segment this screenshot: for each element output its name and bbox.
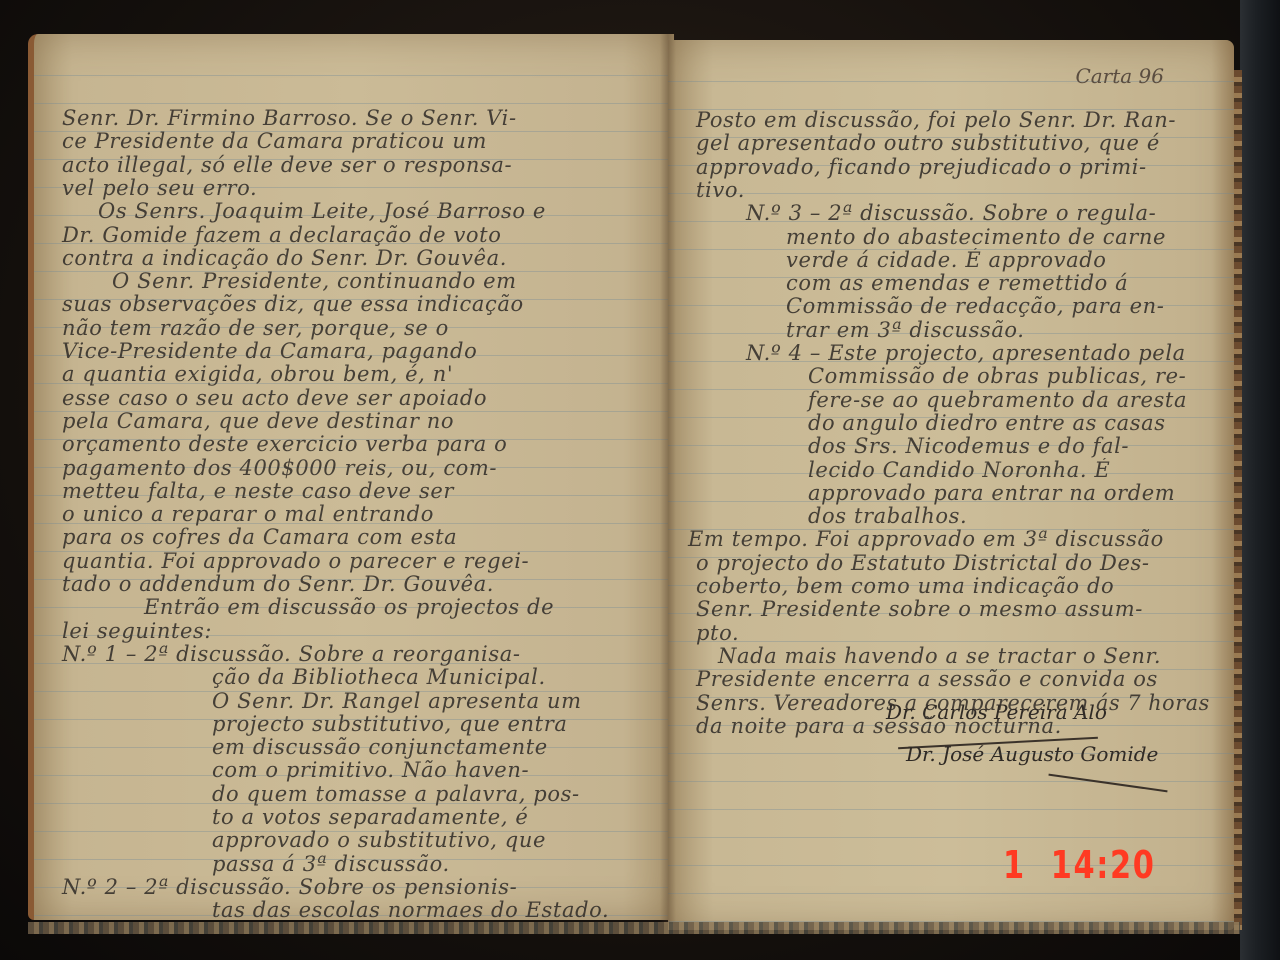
right-page: Carta 96 Posto em discussão, foi pelo Se… [668, 40, 1234, 930]
handwritten-line: approvado para entrar na ordem [808, 481, 1175, 505]
handwritten-line: Dr. Gomide fazem a declaração de voto [62, 223, 501, 247]
handwritten-line: pto. [696, 621, 739, 645]
handwritten-line: passa á 3ª discussão. [212, 852, 450, 876]
handwritten-line: Commissão de obras publicas, re- [808, 364, 1186, 388]
handwritten-line: quantia. Foi approvado o parecer e regei… [62, 549, 529, 573]
handwritten-line: com as emendas e remettido á [786, 271, 1128, 295]
handwritten-line: fere-se ao quebramento da aresta [808, 388, 1187, 412]
handwritten-line: verde á cidade. É approvado [786, 248, 1107, 272]
handwritten-line: O Senr. Presidente, continuando em [112, 269, 517, 293]
handwritten-line: lei seguintes: [62, 619, 212, 643]
handwritten-line: N.º 3 – 2ª discussão. Sobre o regula- [746, 201, 1156, 225]
handwritten-line: Vice-Presidente da Camara, pagando [62, 339, 477, 363]
handwritten-line: approvado, ficando prejudicado o primi- [696, 155, 1147, 179]
handwritten-line: contra a indicação do Senr. Dr. Gouvêa. [62, 246, 507, 270]
handwritten-line: tas das escolas normaes do Estado. [212, 898, 609, 920]
handwritten-line: dos trabalhos. [808, 504, 967, 528]
handwritten-line: coberto, bem como uma indicação do [696, 574, 1114, 598]
handwritten-line: approvado o substitutivo, que [212, 828, 546, 852]
folio-number: Carta 96 [1075, 64, 1164, 88]
handwritten-line: acto illegal, só elle deve ser o respons… [62, 153, 512, 177]
handwritten-line: Senr. Dr. Firmino Barroso. Se o Senr. Vi… [62, 106, 517, 130]
handwritten-line: mento do abastecimento de carne [786, 225, 1166, 249]
handwritten-line: Presidente encerra a sessão e convida os [696, 667, 1158, 691]
handwritten-line: Senr. Presidente sobre o mesmo assum- [696, 597, 1143, 621]
handwritten-line: gel apresentado outro substitutivo, que … [696, 131, 1160, 155]
left-page: Senr. Dr. Firmino Barroso. Se o Senr. Vi… [28, 34, 674, 920]
handwritten-line: trar em 3ª discussão. [786, 318, 1025, 342]
handwritten-line: vel pelo seu erro. [62, 176, 257, 200]
handwritten-line: Nada mais havendo a se tractar o Senr. [718, 644, 1161, 668]
handwritten-line: o unico a reparar o mal entrando [62, 502, 434, 526]
handwritten-line: em discussão conjunctamente [212, 735, 548, 759]
handwritten-line: dos Srs. Nicodemus e do fal- [808, 434, 1129, 458]
handwritten-line: Entrão em discussão os projectos de [144, 595, 554, 619]
handwritten-line: suas observações diz, que essa indicação [62, 292, 524, 316]
signature-secretary: Dr. José Augusto Gomide [906, 742, 1158, 766]
handwritten-line: do angulo diedro entre as casas [808, 411, 1166, 435]
handwritten-line: lecido Candido Noronha. É [808, 458, 1110, 482]
handwritten-line: N.º 2 – 2ª discussão. Sobre os pensionis… [62, 875, 517, 899]
handwritten-line: ce Presidente da Camara praticou um [62, 129, 487, 153]
marbled-page-edge [1234, 70, 1242, 930]
handwritten-line: o projecto do Estatuto Districtal do Des… [696, 551, 1150, 575]
handwritten-line: pela Camara, que deve destinar no [62, 409, 454, 433]
handwritten-line: to a votos separadamente, é [212, 805, 528, 829]
camera-timestamp: 1 14:20 [1003, 843, 1156, 887]
handwritten-line: ção da Bibliotheca Municipal. [212, 665, 546, 689]
handwritten-line: esse caso o seu acto deve ser apoiado [62, 386, 487, 410]
handwritten-line: Posto em discussão, foi pelo Senr. Dr. R… [696, 108, 1176, 132]
handwritten-line: para os cofres da Camara com esta [62, 525, 457, 549]
book-spine [660, 34, 676, 924]
handwritten-line: projecto substitutivo, que entra [212, 712, 567, 736]
handwritten-line: Os Senrs. Joaquim Leite, José Barroso e [98, 199, 546, 223]
marbled-page-edge-bottom [28, 922, 1240, 934]
handwritten-line: orçamento deste exercicio verba para o [62, 432, 507, 456]
handwritten-line: Em tempo. Foi approvado em 3ª discussão [688, 527, 1164, 551]
handwritten-line: N.º 1 – 2ª discussão. Sobre a reorganisa… [62, 642, 521, 666]
handwritten-line: não tem razão de ser, porque, se o [62, 316, 449, 340]
signature-president: Dr. Carlos Pereira Alo [886, 700, 1107, 724]
handwritten-line: metteu falta, e neste caso deve ser [62, 479, 454, 503]
handwritten-line: N.º 4 – Este projecto, apresentado pela [746, 341, 1186, 365]
handwritten-line: O Senr. Dr. Rangel apresenta um [212, 689, 582, 713]
handwritten-line: pagamento dos 400$000 reis, ou, com- [62, 456, 497, 480]
handwritten-line: com o primitivo. Não haven- [212, 758, 529, 782]
handwritten-line: tado o addendum do Senr. Dr. Gouvêa. [62, 572, 494, 596]
handwritten-line: Commissão de redacção, para en- [786, 294, 1165, 318]
handwritten-line: do quem tomasse a palavra, pos- [212, 782, 580, 806]
handwritten-line: a quantia exigida, obrou bem, é, n' [62, 362, 453, 386]
book-cover-edge [1240, 0, 1280, 960]
handwritten-line: tivo. [696, 178, 745, 202]
